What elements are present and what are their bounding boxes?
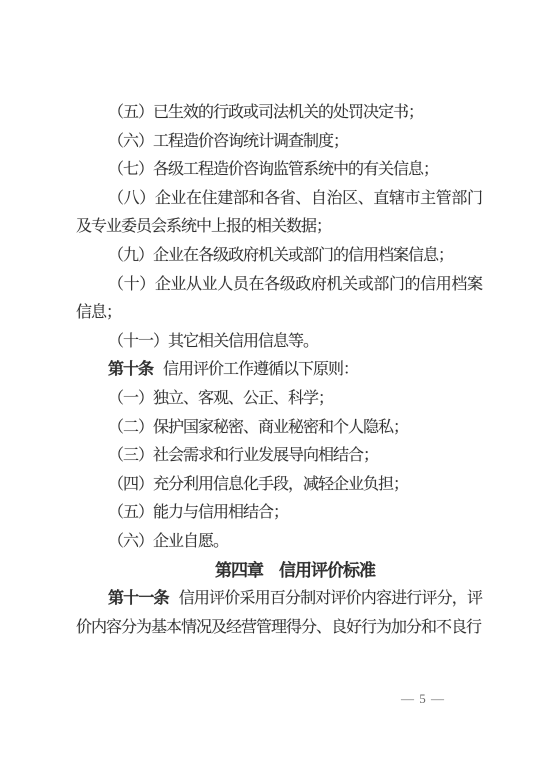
principle-2: （二）保护国家秘密、商业秘密和个人隐私； [76,414,482,443]
principle-4: （四）充分利用信息化手段，减轻企业负担； [76,471,482,500]
chapter-heading: 第四章 信用评价标准 [76,557,482,586]
article-11: 第十一条信用评价采用百分制对评价内容进行评分，评价内容分为基本情况及经营管理得分… [76,585,482,642]
clause-9: （九）企业在各级政府机关或部门的信用档案信息； [76,242,482,271]
article-10: 第十条信用评价工作遵循以下原则： [76,356,482,385]
principle-6: （六）企业自愿。 [76,528,482,557]
article-10-number: 第十条 [108,361,153,378]
document-body: （五）已生效的行政或司法机关的处罚决定书； （六）工程造价咨询统计调查制度； （… [76,99,482,642]
clause-5: （五）已生效的行政或司法机关的处罚决定书； [76,99,482,128]
clause-11: （十一）其它相关信用信息等。 [76,328,482,357]
principle-3: （三）社会需求和行业发展导向相结合； [76,442,482,471]
clause-10: （十）企业从业人员在各级政府机关或部门的信用档案信息； [76,271,482,328]
clause-8: （八）企业在住建部和各省、自治区、直辖市主管部门及专业委员会系统中上报的相关数据… [76,185,482,242]
clause-6: （六）工程造价咨询统计调查制度； [76,128,482,157]
principle-5: （五）能力与信用相结合； [76,499,482,528]
clause-7: （七）各级工程造价咨询监管系统中的有关信息； [76,156,482,185]
document-page: （五）已生效的行政或司法机关的处罚决定书； （六）工程造价咨询统计调查制度； （… [0,0,543,768]
article-10-text: 信用评价工作遵循以下原则： [163,361,358,378]
principle-1: （一）独立、客观、公正、科学； [76,385,482,414]
page-number: — 5 — [401,691,445,707]
article-11-number: 第十一条 [108,590,169,607]
